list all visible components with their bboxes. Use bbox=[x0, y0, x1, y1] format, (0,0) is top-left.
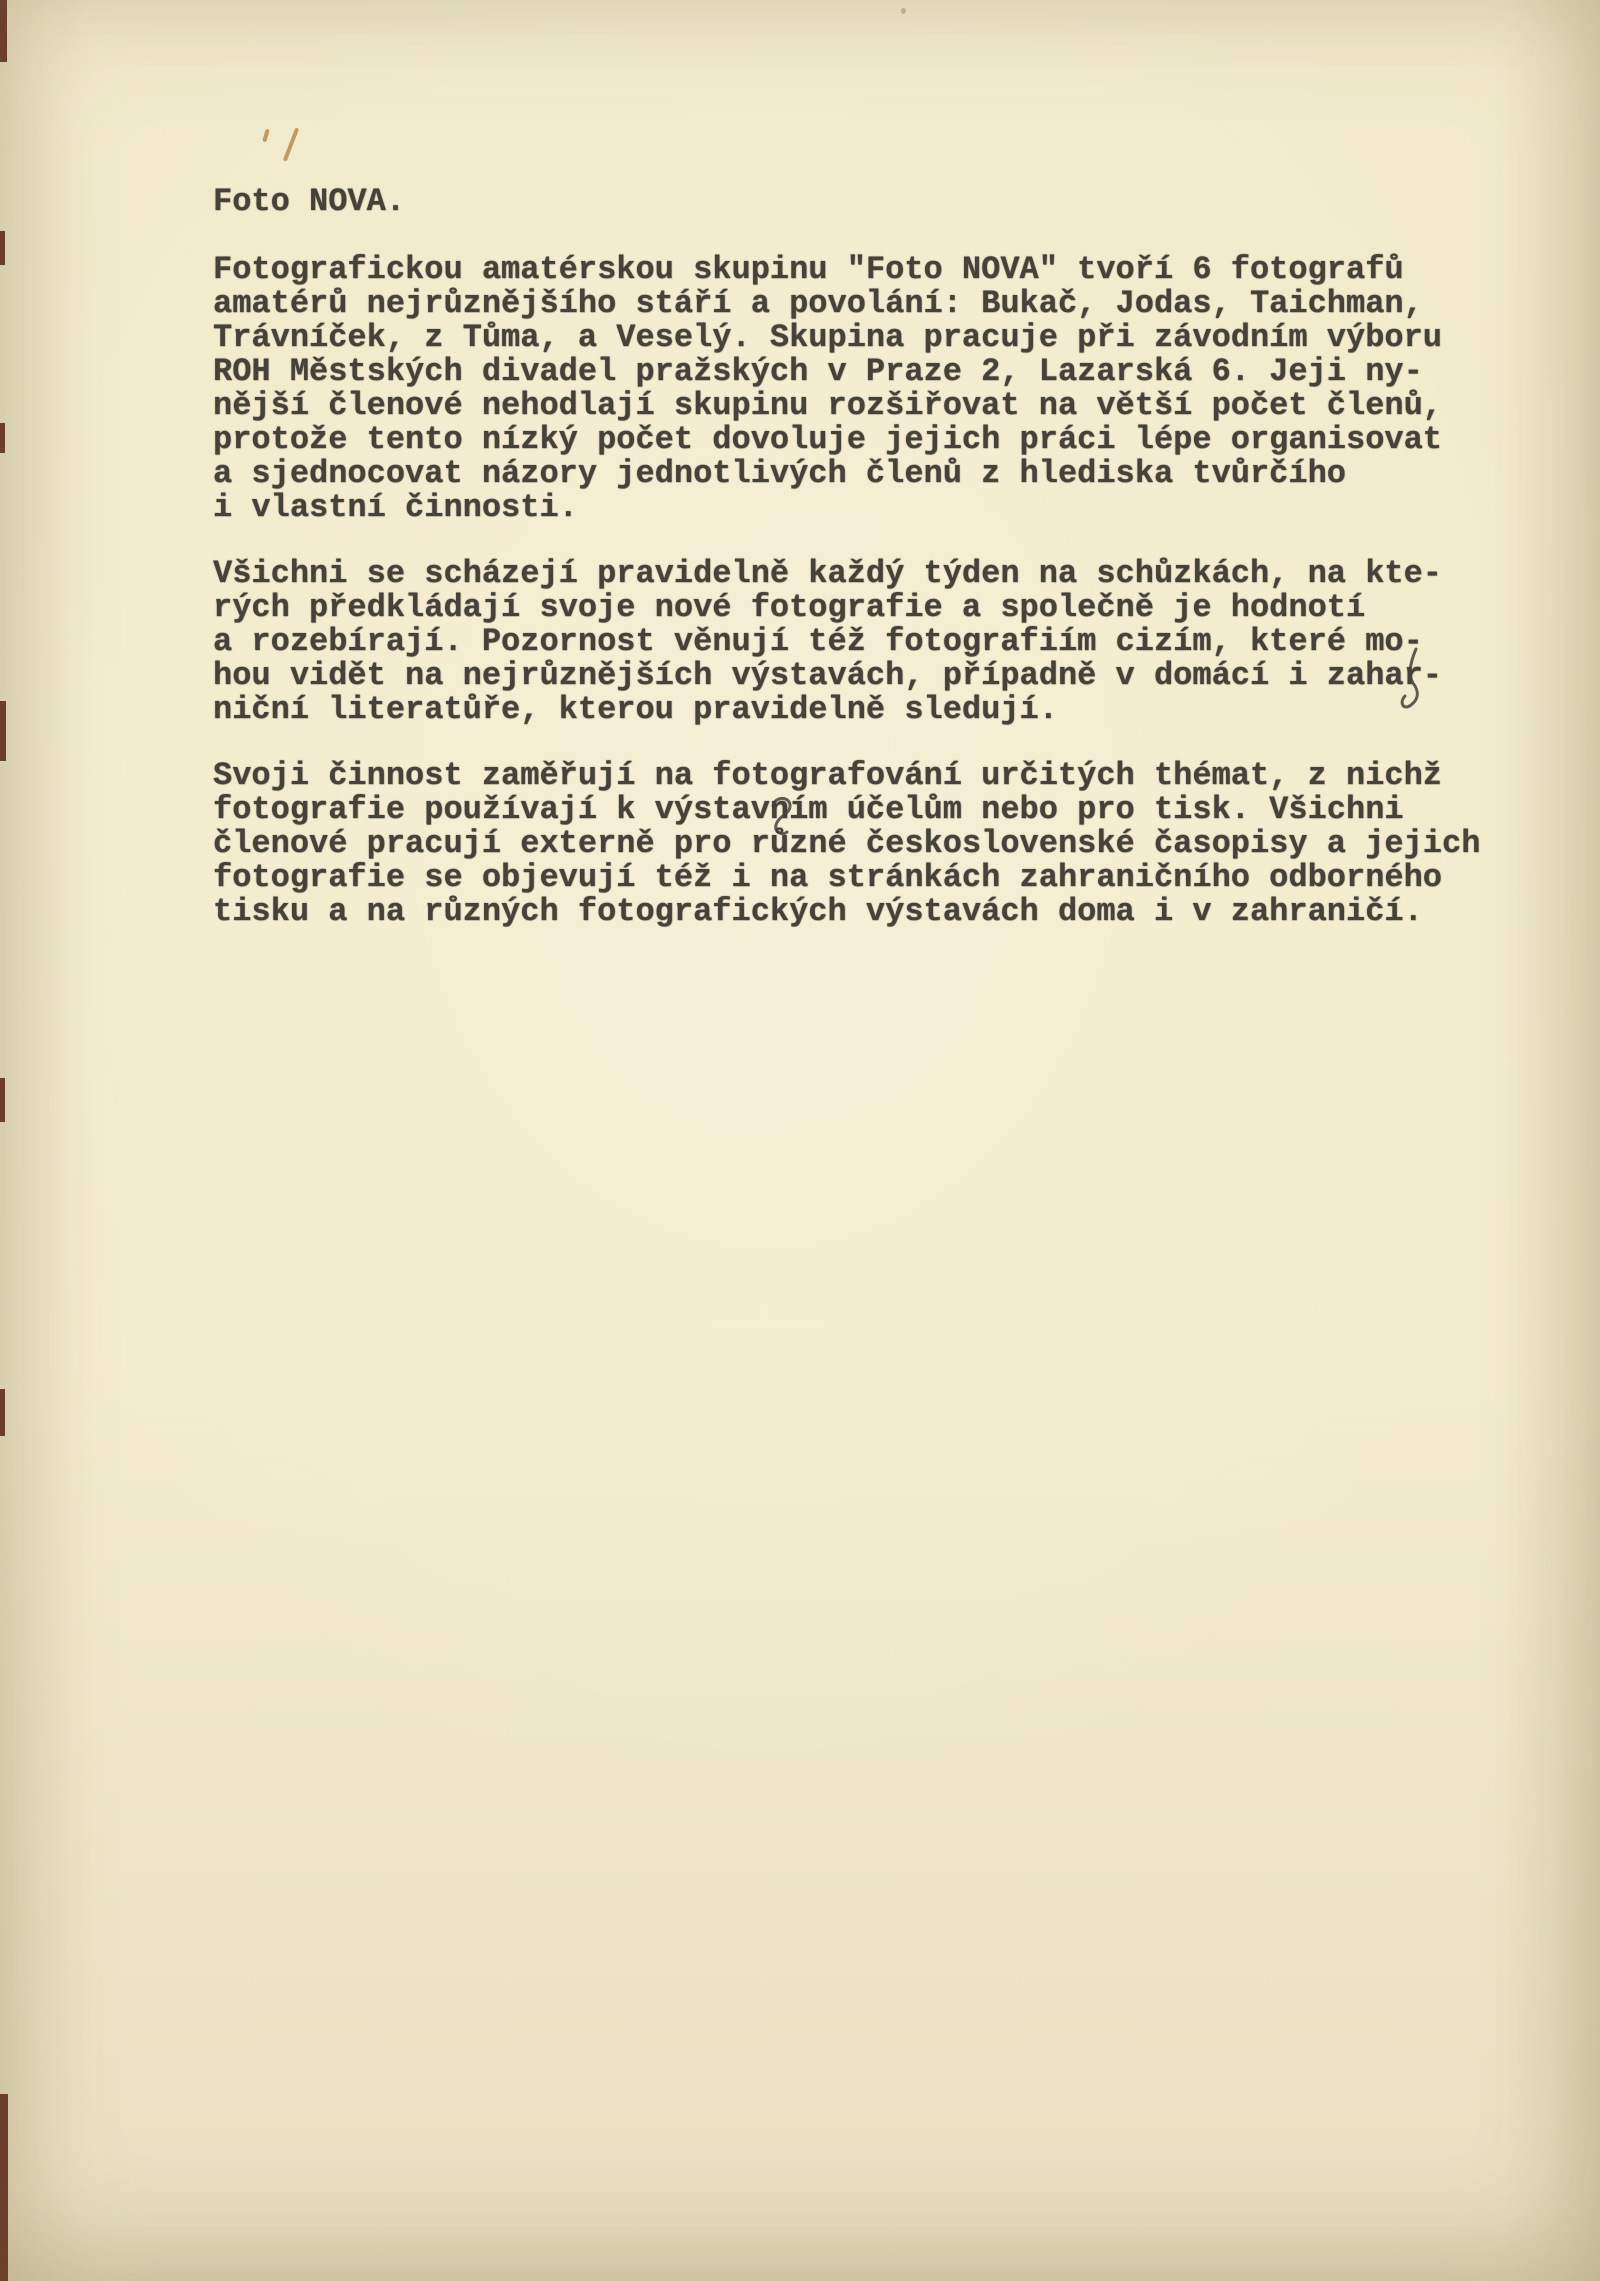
scan-edge-mark bbox=[0, 701, 6, 761]
typewritten-document-page: Foto NOVA. Fotografickou amatérskou skup… bbox=[0, 0, 1600, 2281]
document-title: Foto NOVA. bbox=[213, 185, 1480, 219]
scan-edge-mark bbox=[0, 231, 5, 265]
scan-edge-mark bbox=[0, 1389, 5, 1436]
paragraph-1: Fotografickou amatérskou skupinu "Foto N… bbox=[213, 253, 1480, 525]
paragraph-3: Svoji činnost zaměřují na fotografování … bbox=[213, 759, 1480, 929]
scan-edge-mark bbox=[0, 423, 5, 453]
scan-edge-mark bbox=[0, 2094, 8, 2281]
paper-speck bbox=[901, 8, 906, 14]
scan-edge-mark bbox=[0, 1078, 5, 1122]
handwritten-pen-mark bbox=[262, 129, 269, 143]
document-body: Foto NOVA. Fotografickou amatérskou skup… bbox=[213, 185, 1480, 929]
scan-edge-mark bbox=[0, 0, 7, 62]
handwritten-pen-mark bbox=[283, 127, 299, 161]
paragraph-2: Všichni se scházejí pravidelně každý týd… bbox=[213, 557, 1480, 727]
